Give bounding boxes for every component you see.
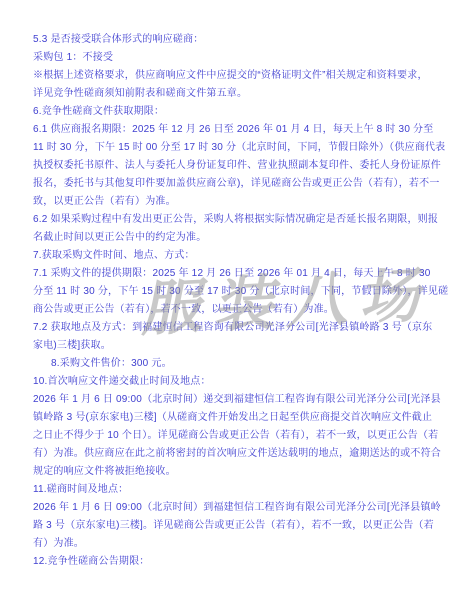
document-body: 5.3 是否接受联合体形式的响应磋商： 采购包 1：不接受 ※根据上述资格要求，… bbox=[33, 31, 423, 571]
doc-line: 6.2 如果采购过程中有发出更正公告，采购人将根据实际情况确定是否延长报名期限，… bbox=[33, 211, 423, 229]
doc-line: 路 3 号（京东家电)三楼]。详见磋商公告或更正公告（若有），若不一致，以更正公… bbox=[33, 517, 423, 535]
doc-line: 6.1 供应商报名期限：2025 年 12 月 26 日至 2026 年 01 … bbox=[33, 121, 423, 139]
doc-line: 有）为准。供应商应在此之前将密封的首次响应文件送达载明的地点，逾期送达的或不符合 bbox=[33, 445, 423, 463]
doc-line: 采购包 1：不接受 bbox=[33, 49, 423, 67]
doc-line: 镇岭路 3 号(京东家电)三楼]（从磋商文件开始发出之日起至供应商提交首次响应文… bbox=[33, 409, 423, 427]
doc-line: 名截止时间以更正公告中的约定为准。 bbox=[33, 229, 423, 247]
doc-line: 家电)三楼]获取。 bbox=[33, 337, 423, 355]
doc-line: 致，以更正公告（若有）为准。 bbox=[33, 193, 423, 211]
doc-line: 执授权委托书原件、法人与委托人身份证复印件、营业执照副本复印件、委托人身份证原件 bbox=[33, 157, 423, 175]
doc-line: 2026 年 1 月 6 日 09:00（北京时间）到福建恒信工程咨询有限公司光… bbox=[33, 499, 423, 517]
doc-line: 商公告或更正公告（若有），若不一致，以更正公告（若有）为准。 bbox=[33, 301, 423, 319]
doc-line: 详见竞争性磋商须知前附表和磋商文件第五章。 bbox=[33, 85, 423, 103]
doc-line: 10.首次响应文件递交截止时间及地点： bbox=[33, 373, 423, 391]
doc-line: 12.竞争性磋商公告期限： bbox=[33, 553, 423, 571]
doc-line: 2026 年 1 月 6 日 09:00（北京时间）递交到福建恒信工程咨询有限公… bbox=[33, 391, 423, 409]
doc-line: 有）为准。 bbox=[33, 535, 423, 553]
doc-line: 7.获取采购文件时间、地点、方式： bbox=[33, 247, 423, 265]
document-page: 服装八场 5.3 是否接受联合体形式的响应磋商： 采购包 1：不接受 ※根据上述… bbox=[0, 0, 450, 600]
doc-line: 7.1 采购文件的提供期限：2025 年 12 月 26 日至 2026 年 0… bbox=[33, 265, 423, 283]
doc-line: 8.采购文件售价：300 元。 bbox=[33, 355, 423, 373]
doc-line: 之日止不得少于 10 个日）。详见磋商公告或更正公告（若有），若不一致，以更正公… bbox=[33, 427, 423, 445]
doc-line: 规定的响应文件将被拒绝接收。 bbox=[33, 463, 423, 481]
doc-line: 11.磋商时间及地点： bbox=[33, 481, 423, 499]
doc-line: 7.2 获取地点及方式：到福建恒信工程咨询有限公司光泽分公司[光泽县镇岭路 3 … bbox=[33, 319, 423, 337]
doc-line: 报名，委托书与其他复印件要加盖供应商公章)，详见磋商公告或更正公告（若有），若不… bbox=[33, 175, 423, 193]
doc-line: 分至 11 时 30 分，下午 15 时 30 分至 17 时 30 分（北京时… bbox=[33, 283, 423, 301]
doc-line: ※根据上述资格要求，供应商响应文件中应提交的“资格证明文件”相关规定和资料要求， bbox=[33, 67, 423, 85]
doc-line: 11 时 30 分，下午 15 时 00 分至 17 时 30 分（北京时间，下… bbox=[33, 139, 423, 157]
doc-line: 6.竞争性磋商文件获取期限： bbox=[33, 103, 423, 121]
doc-line: 5.3 是否接受联合体形式的响应磋商： bbox=[33, 31, 423, 49]
